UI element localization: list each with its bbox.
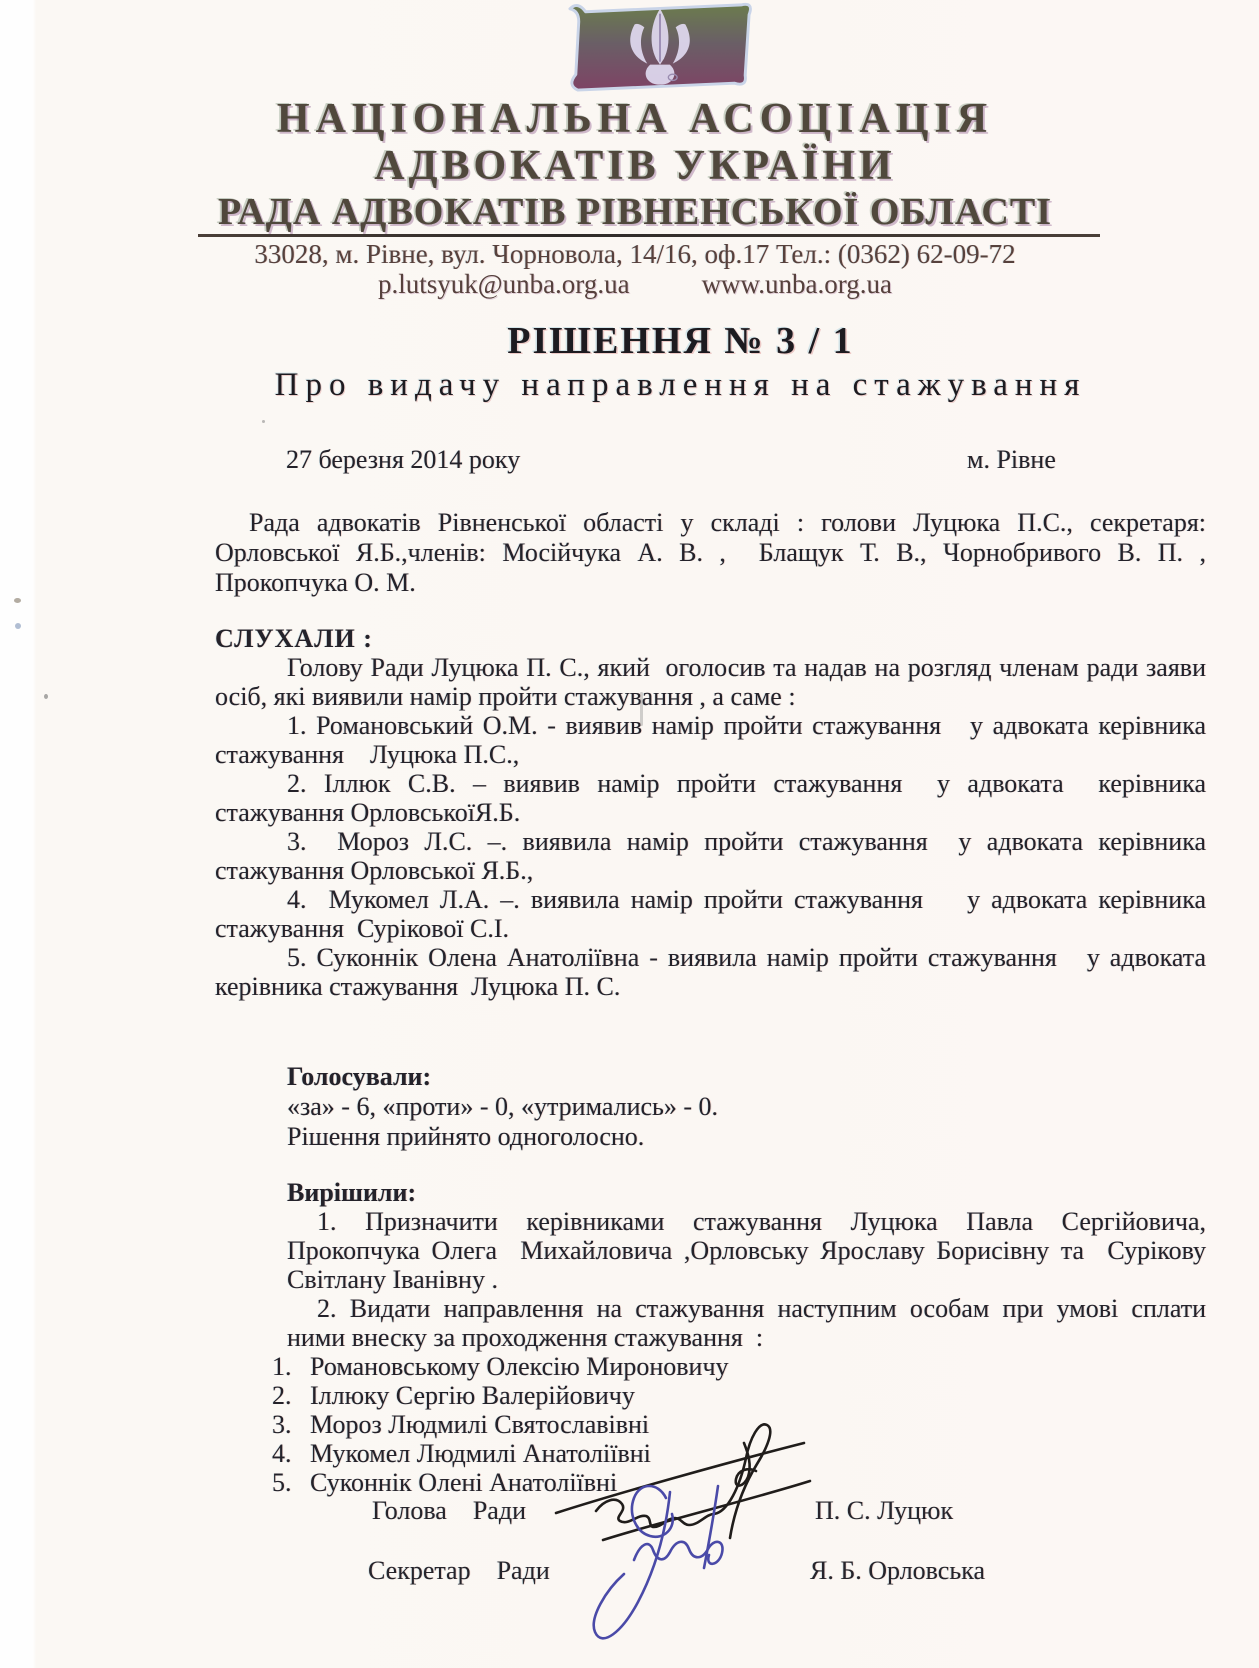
heard-item: 2. Іллюк С.В. – виявив намір пройти стаж… (215, 769, 1206, 827)
recipient-name: Романовському Олексію Мироновичу (310, 1352, 729, 1381)
heard-section-label: СЛУХАЛИ : (215, 625, 1206, 653)
scanned-document-page: НАЦІОНАЛЬНА АСОЦІАЦІЯ АДВОКАТІВ УКРАЇНИ … (0, 0, 1259, 1668)
letterhead-spacer (215, 0, 1206, 296)
recipient-row: 1. Романовському Олексію Мироновичу (272, 1352, 1206, 1381)
decided-block: Вирішили: 1. Призначити керівниками стаж… (287, 1178, 1206, 1352)
scan-speck (14, 598, 21, 603)
decided-item: 1. Призначити керівниками стажування Луц… (287, 1207, 1206, 1294)
heard-item: 4. Мукомел Л.А. –. виявила намір пройти … (215, 885, 1206, 943)
heard-item: 1. Романовський О.М. - виявив намір прой… (215, 711, 1206, 769)
document-body: РІШЕННЯ № 3 / 1 Про видачу направлення н… (215, 0, 1206, 1497)
decision-subject-title: Про видачу направлення на стажування (215, 364, 1146, 406)
chairman-role-label: Голова Ради (372, 1496, 526, 1526)
secretary-name: Я. Б. Орловська (810, 1556, 985, 1586)
scan-speck (15, 623, 21, 629)
secretary-role-label: Секретар Ради (368, 1556, 550, 1586)
decision-number-title: РІШЕННЯ № 3 / 1 (215, 318, 1146, 364)
chairman-name: П. С. Луцюк (815, 1496, 953, 1526)
vote-result: «за» - 6, «проти» - 0, «утримались» - 0. (287, 1092, 1206, 1122)
decision-date: 27 березня 2014 року (286, 445, 520, 475)
secretary-signature-blue-ink (578, 1480, 760, 1645)
council-composition-paragraph: Рада адвокатів Рівненської області у скл… (215, 508, 1206, 598)
heard-item: 3. Мороз Л.С. –. виявила намір пройти ст… (215, 827, 1206, 885)
date-place-row: 27 березня 2014 року м. Рівне (215, 445, 1206, 475)
vote-outcome: Рішення прийнято одноголосно. (287, 1122, 1206, 1152)
heard-intro-paragraph: Голову Ради Луцюка П. С., який оголосив … (215, 653, 1206, 711)
decided-item: 2. Видати направлення на стажування наст… (287, 1294, 1206, 1352)
signature-block: Голова Ради П. С. Луцюк Секретар Ради Я.… (0, 1380, 1259, 1668)
decided-label: Вирішили: (287, 1178, 1206, 1207)
vote-label: Голосували: (287, 1062, 1206, 1092)
recipient-number: 1. (272, 1352, 310, 1381)
scan-speck (44, 694, 48, 699)
decision-place: м. Рівне (967, 445, 1056, 475)
heard-item: 5. Суконнік Олена Анатоліївна - виявила … (215, 943, 1206, 1001)
vote-block: Голосували: «за» - 6, «проти» - 0, «утри… (287, 1062, 1206, 1152)
